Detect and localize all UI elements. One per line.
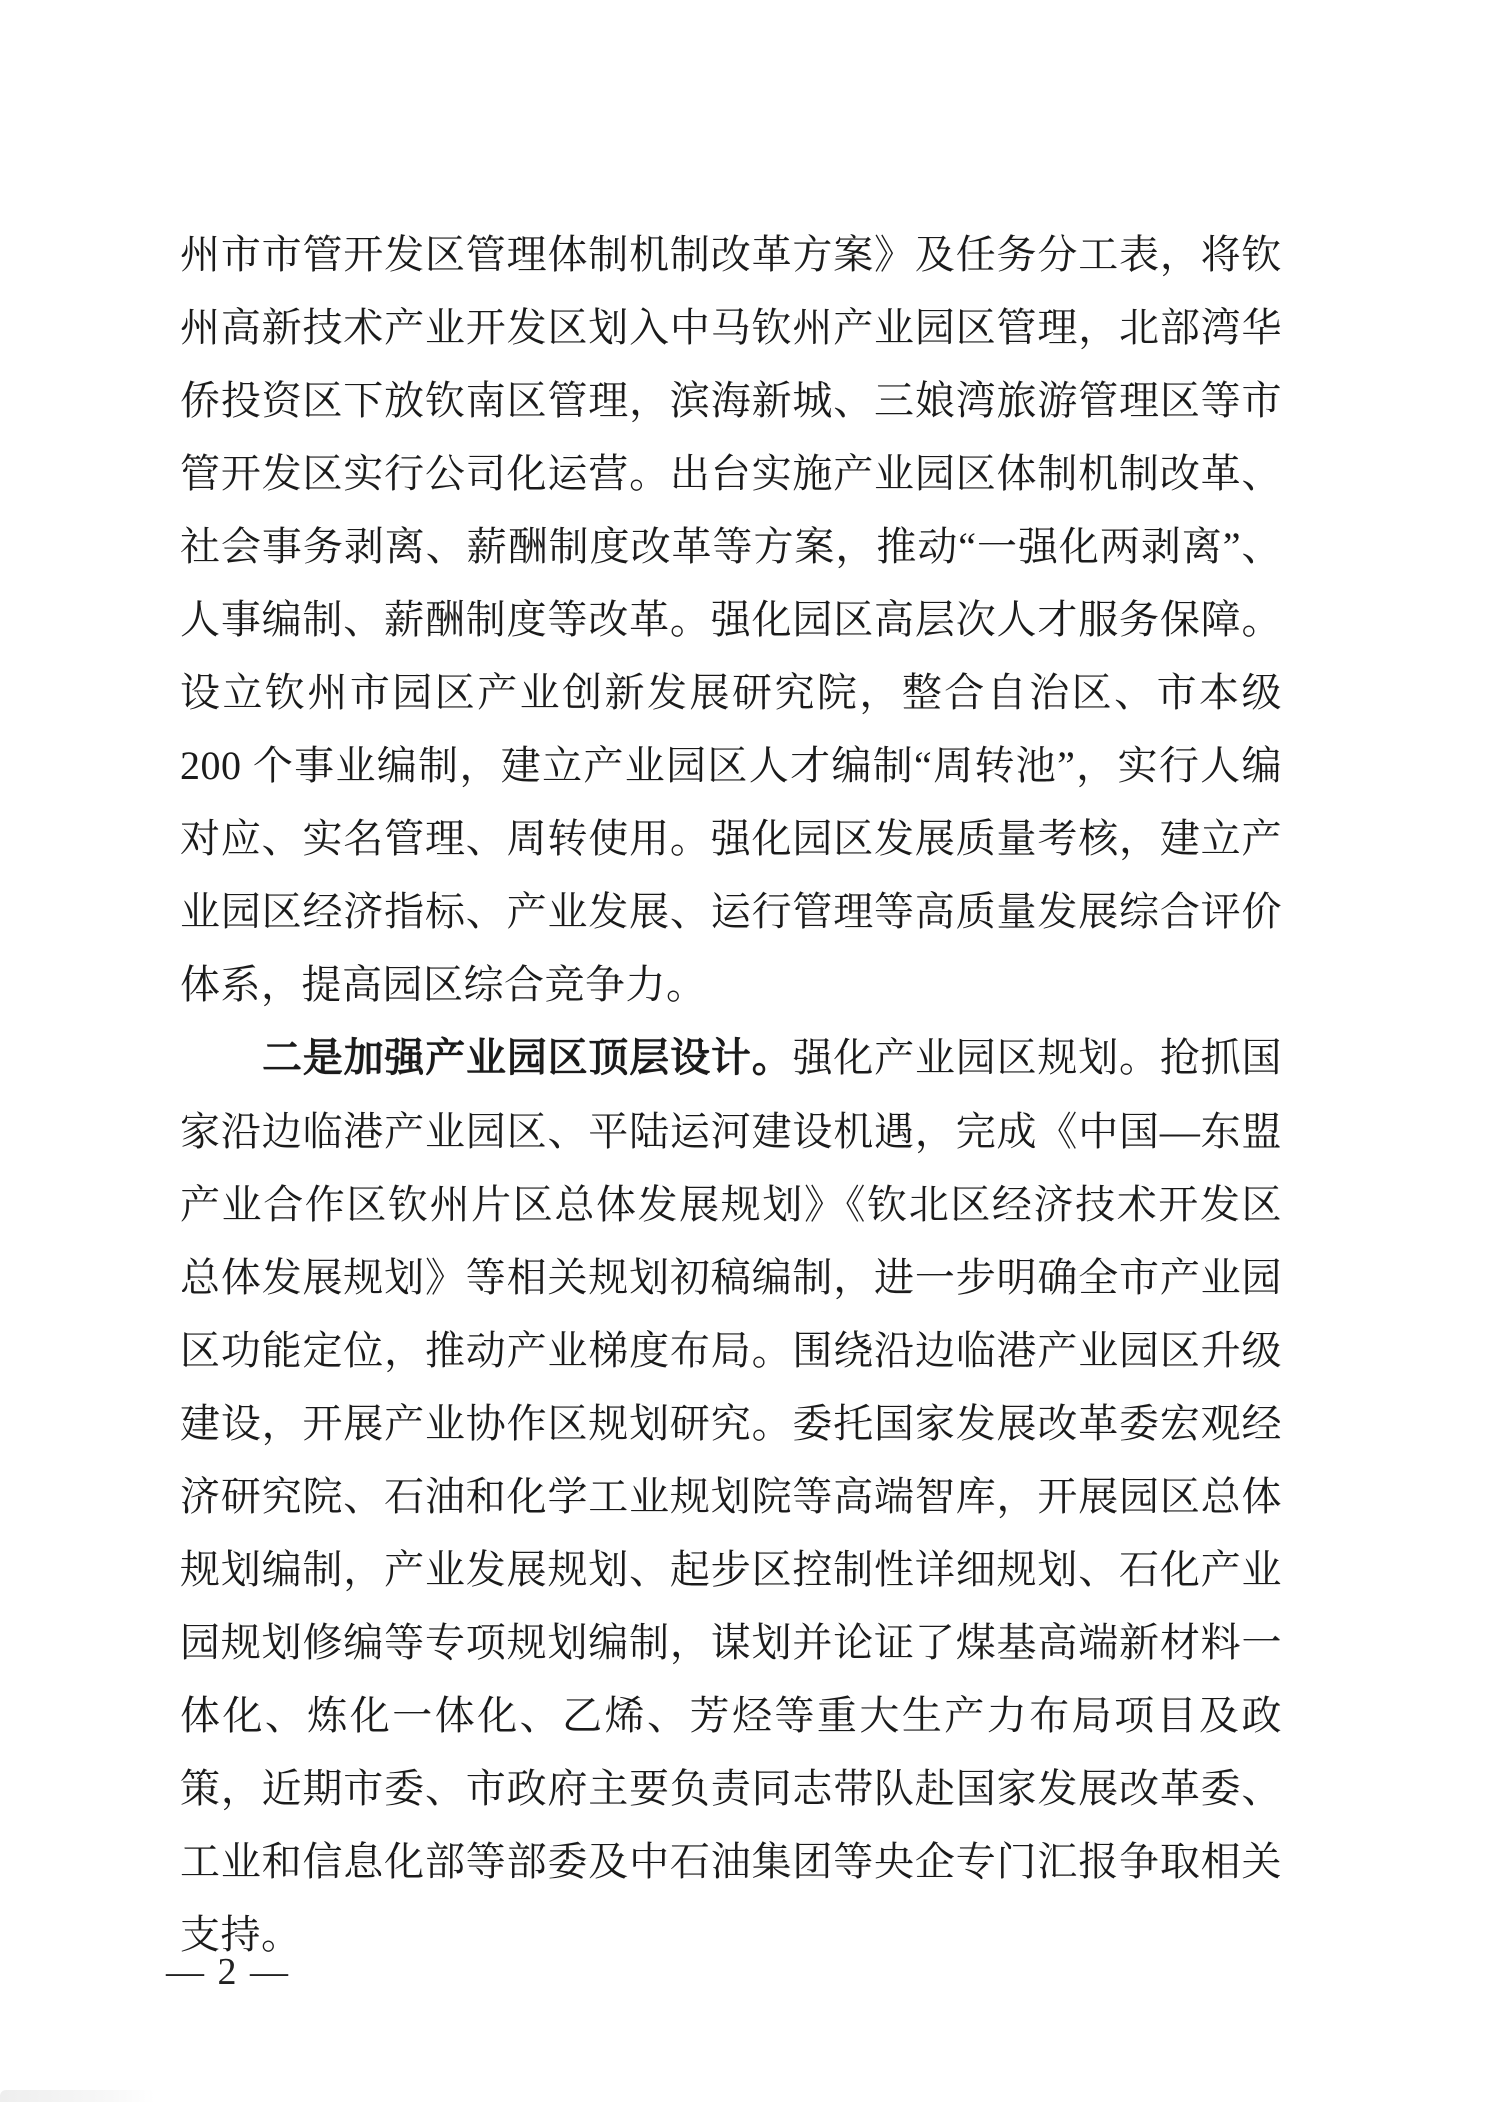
page-number: — 2 — xyxy=(166,1950,290,1994)
paragraph-1: 州市市管开发区管理体制机制改革方案》及任务分工表，将钦州高新技术产业开发区划入中… xyxy=(180,218,1282,1021)
paragraph-2-text: 强化产业园区规划。抢抓国家沿边临港产业园区、平陆运河建设机遇，完成《中国—东盟产… xyxy=(180,1035,1282,1957)
paragraph-2: 二是加强产业园区顶层设计。强化产业园区规划。抢抓国家沿边临港产业园区、平陆运河建… xyxy=(180,1021,1282,1971)
document-page: 州市市管开发区管理体制机制改革方案》及任务分工表，将钦州高新技术产业开发区划入中… xyxy=(0,0,1487,2102)
document-body-text: 州市市管开发区管理体制机制改革方案》及任务分工表，将钦州高新技术产业开发区划入中… xyxy=(180,218,1282,1971)
paragraph-2-heading-text: 二是加强产业园区顶层设计。 xyxy=(262,1036,793,1080)
paragraph-1-text: 州市市管开发区管理体制机制改革方案》及任务分工表，将钦州高新技术产业开发区划入中… xyxy=(180,232,1282,1007)
scan-artifact-smudge xyxy=(0,2090,155,2102)
